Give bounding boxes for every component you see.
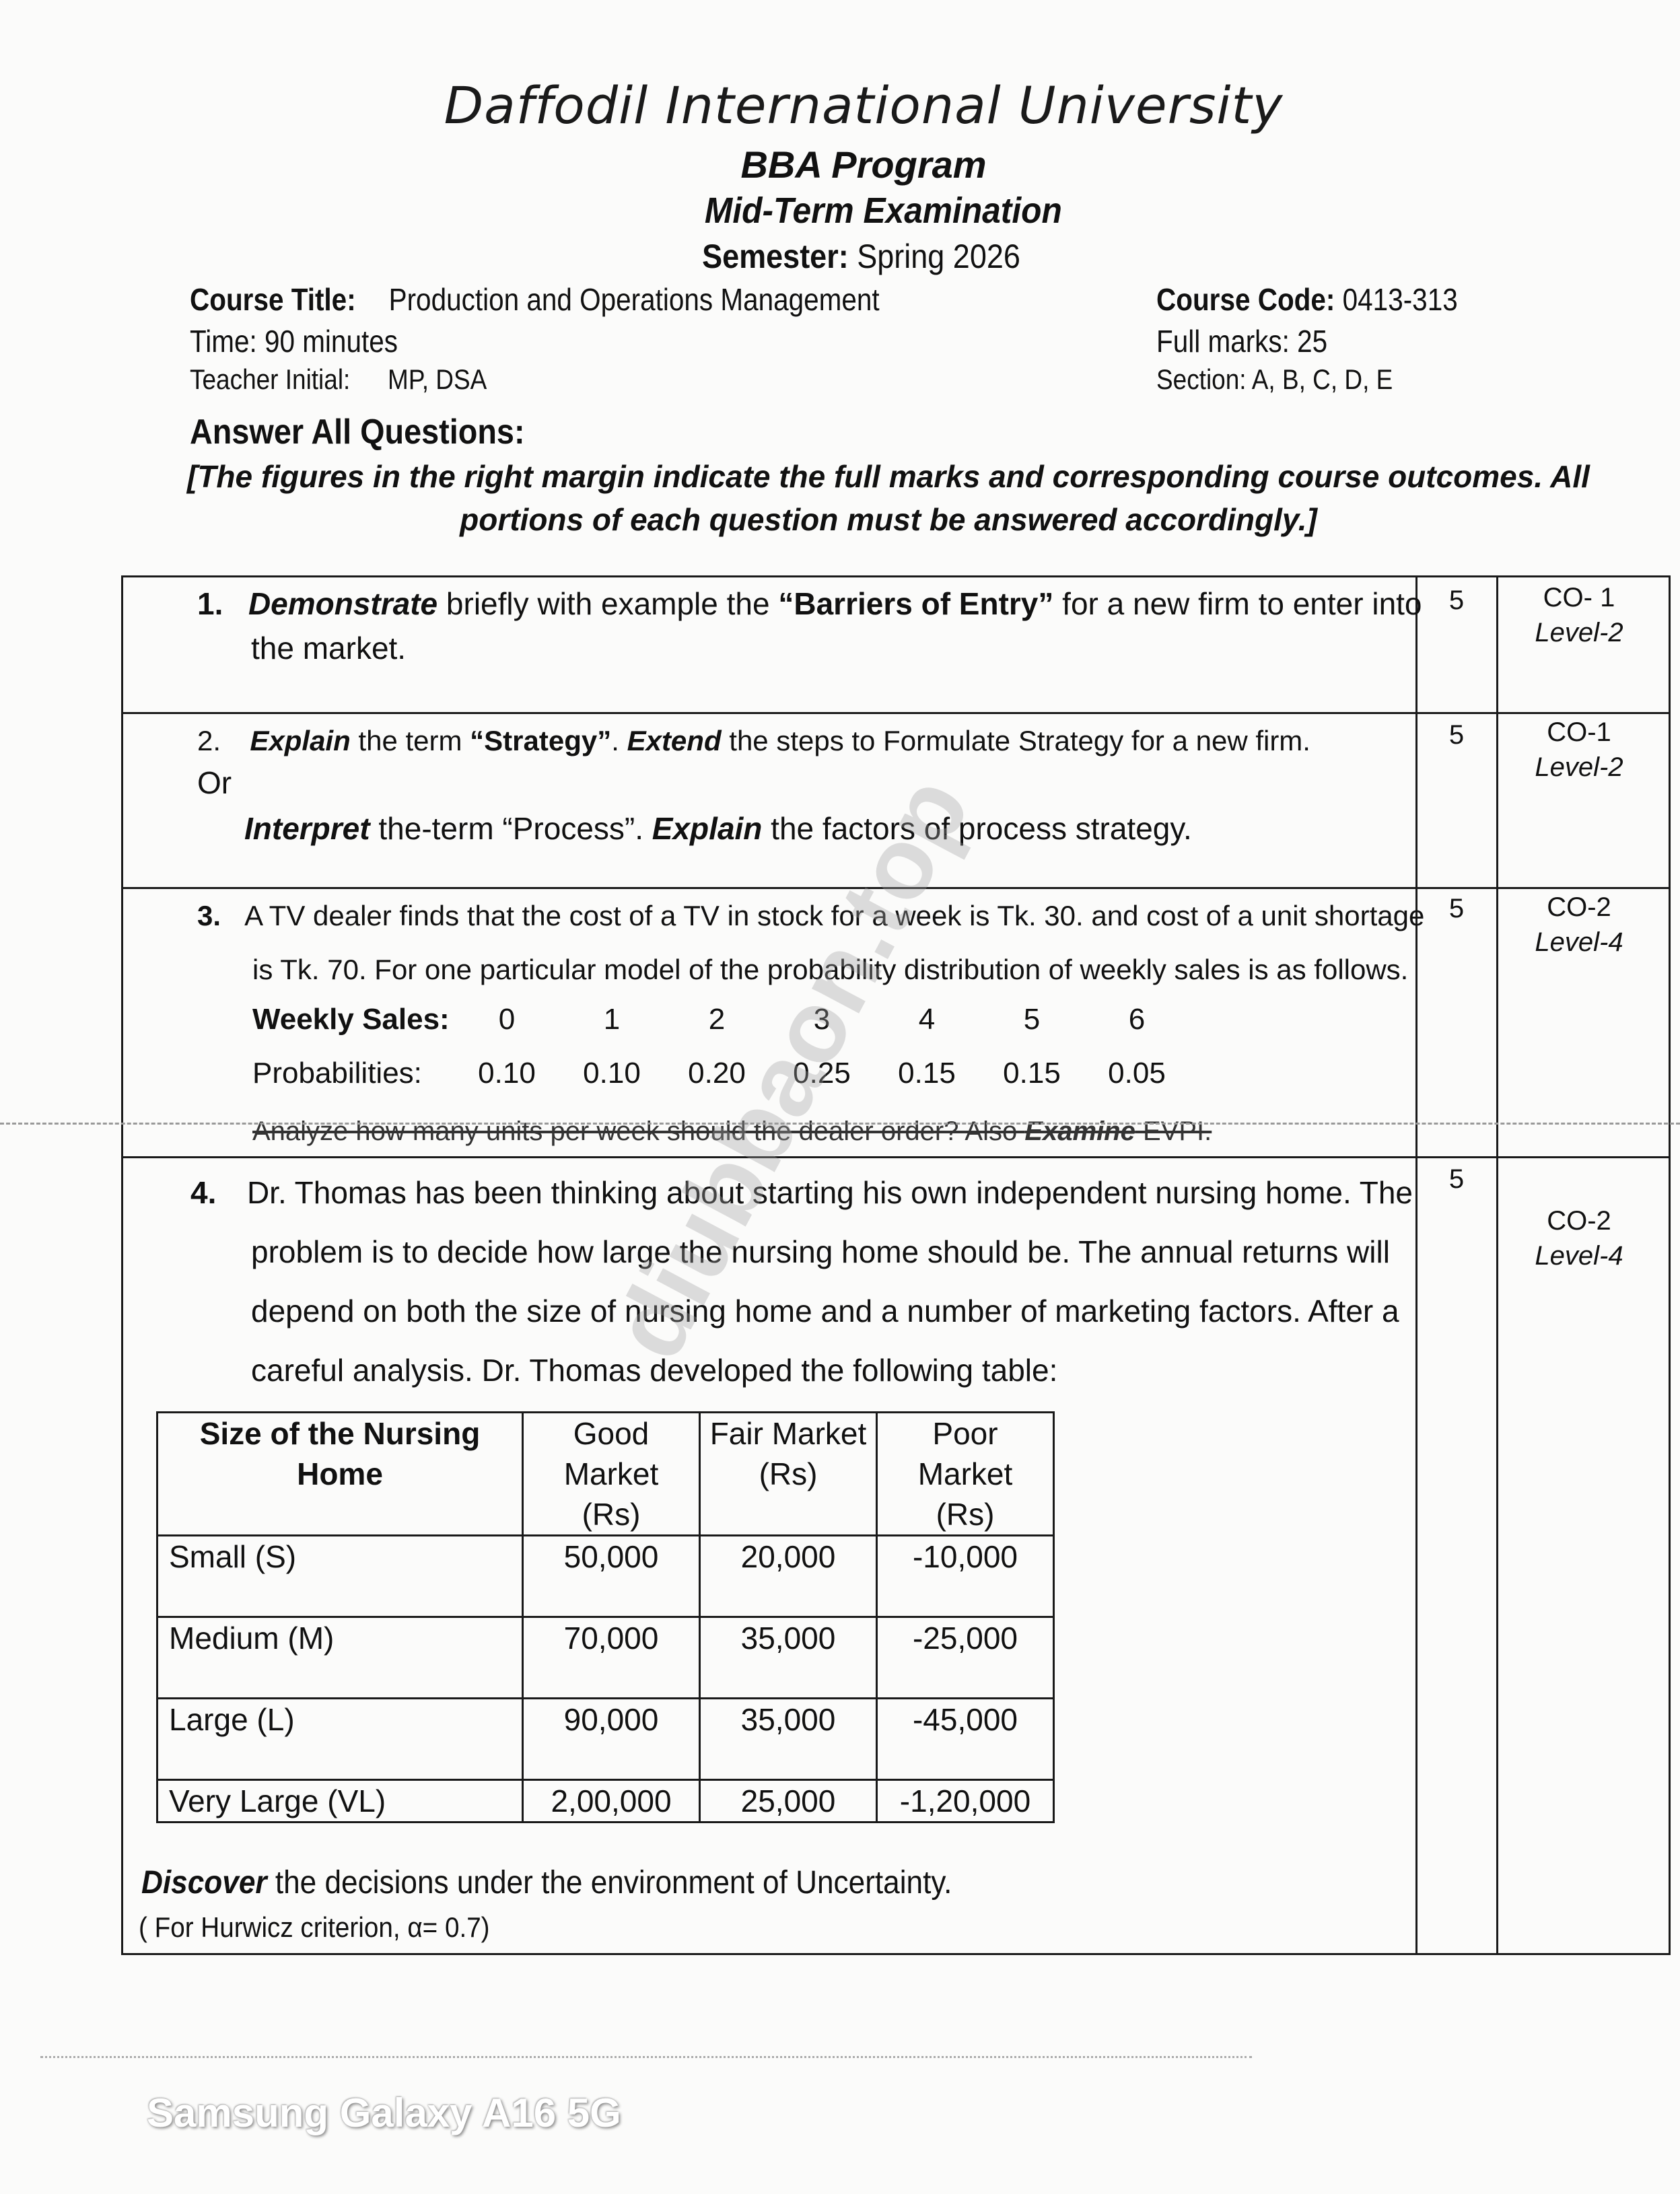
question-number: 1. [197,586,223,621]
course-outcome: CO-2 [1498,890,1660,925]
payoff-value: 70,000 [523,1617,700,1699]
question-number: 3. [197,900,221,931]
semester-value: Spring 2026 [857,238,1020,275]
question-2-marks: 5 [1417,720,1496,750]
question-verb: Explain [250,725,350,756]
size-option: Very Large (VL) [157,1780,523,1823]
header-size: Size of the Nursing Home [157,1413,523,1536]
payoff-row: Medium (M)70,00035,000-25,000 [157,1617,1054,1699]
question-verb: Demonstrate [248,586,438,621]
question-4-line-2: problem is to decide how large the nursi… [251,1222,1390,1281]
question-1: 1. Demonstrate briefly with example the … [197,581,1422,626]
question-verb: Interpret [244,811,370,846]
course-outcome: CO-2 [1498,1203,1660,1238]
question-3-outcome: CO-2 Level-4 [1498,890,1660,960]
question-number: 2. [197,725,221,756]
question-4-ask: Discover the decisions under the environ… [141,1864,952,1901]
full-marks: Full marks: 25 [1156,323,1327,359]
payoff-value: 20,000 [700,1536,877,1617]
course-outcome: CO-1 [1498,715,1660,750]
question-text: the term [351,725,470,756]
exam-title: Mid-Term Examination [67,190,1613,232]
probability-value: 0.15 [874,1057,979,1090]
question-1-line-2: the market. [251,626,406,670]
question-verb: Explain [652,811,763,846]
payoff-value: -45,000 [877,1699,1054,1780]
header-poor-market: Poor Market (Rs) [877,1413,1054,1536]
question-text: the decisions under the environment of U… [267,1865,952,1901]
question-3-marks: 5 [1417,894,1496,924]
row-divider [123,1156,1669,1158]
question-keyword: “Barriers of Entry” [778,586,1053,621]
question-text: Dr. Thomas has been thinking about start… [247,1175,1413,1210]
question-3: 3. A TV dealer finds that the cost of a … [197,894,1424,938]
bloom-level: Level-4 [1498,925,1660,960]
question-verb: Extend [627,725,722,756]
question-1-marks: 5 [1417,586,1496,616]
answer-all-heading: Answer All Questions: [190,412,525,452]
exam-time: Time: 90 minutes [190,323,398,359]
bloom-level: Level-4 [1498,1238,1660,1273]
question-4-line-4: careful analysis. Dr. Thomas developed t… [251,1341,1057,1400]
separator: . [611,725,627,756]
instructions-note: [The figures in the right margin indicat… [121,455,1656,541]
question-verb: Discover [141,1865,267,1901]
question-text: A TV dealer finds that the cost of a TV … [244,900,1424,931]
weekly-sales-value: 2 [664,1003,769,1036]
probabilities-row: Probabilities:0.100.100.200.250.150.150.… [252,1057,1189,1090]
question-number: 4. [190,1175,216,1210]
payoff-value: -25,000 [877,1617,1054,1699]
question-text: the steps to Formulate Strategy for a ne… [722,725,1310,756]
semester-label: Semester: [702,238,849,275]
sections: Section: A, B, C, D, E [1156,363,1393,396]
payoff-value: 90,000 [523,1699,700,1780]
course-title: Course Title: Production and Operations … [190,281,880,318]
probability-value: 0.15 [979,1057,1084,1090]
question-2-alternative: Interpret the-term “Process”. Explain th… [244,806,1192,851]
payoff-value: 35,000 [700,1617,877,1699]
course-code-label: Course Code: [1156,282,1335,317]
question-4-marks: 5 [1417,1164,1496,1195]
course-code: Course Code: 0413-313 [1156,281,1458,318]
question-text: EVPI. [1135,1117,1212,1146]
payoff-value: 25,000 [700,1780,877,1823]
weekly-sales-value: 3 [769,1003,874,1036]
weekly-sales-value: 1 [559,1003,664,1036]
row-divider [123,887,1669,889]
probability-value: 0.25 [769,1057,874,1090]
hurwicz-note: ( For Hurwicz criterion, α= 0.7) [139,1911,490,1944]
course-outcome: CO- 1 [1498,580,1660,615]
question-3-line-2: is Tk. 70. For one particular model of t… [252,948,1408,992]
probability-value: 0.10 [559,1057,664,1090]
payoff-value: 2,00,000 [523,1780,700,1823]
scan-line [0,1123,1680,1125]
question-verb: Examine [1024,1117,1135,1146]
course-title-label: Course Title: [190,282,356,317]
payoff-value: -1,20,000 [877,1780,1054,1823]
teacher-label: Teacher Initial: [190,363,350,395]
question-text: the-term [370,811,503,846]
question-text: the factors of process strategy. [762,811,1191,846]
question-keyword: “Strategy” [470,725,611,756]
probability-value: 0.10 [454,1057,559,1090]
payoff-value: -10,000 [877,1536,1054,1617]
device-watermark: Samsung Galaxy A16 5G [147,2090,621,2136]
payoff-row: Large (L)90,00035,000-45,000 [157,1699,1054,1780]
payoff-header-row: Size of the Nursing Home Good Market (Rs… [157,1413,1054,1536]
university-name: Daffodil International University [0,75,1680,135]
question-text: for a new firm to enter into [1053,586,1422,621]
header-good-market: Good Market (Rs) [523,1413,700,1536]
payoff-row: Very Large (VL)2,00,00025,000-1,20,000 [157,1780,1054,1823]
size-option: Large (L) [157,1699,523,1780]
size-option: Medium (M) [157,1617,523,1699]
weekly-sales-value: 0 [454,1003,559,1036]
program-title: BBA Program [0,143,1680,186]
teacher-value: MP, DSA [388,363,487,395]
size-option: Small (S) [157,1536,523,1617]
weekly-sales-value: 4 [874,1003,979,1036]
course-code-value: 0413-313 [1343,282,1458,317]
bloom-level: Level-2 [1498,615,1660,650]
probabilities-label: Probabilities: [252,1057,454,1090]
question-4: 4. Dr. Thomas has been thinking about st… [190,1163,1413,1222]
question-2: 2. Explain the term “Strategy”. Extend t… [197,719,1310,763]
payoff-value: 50,000 [523,1536,700,1617]
weekly-sales-value: 6 [1084,1003,1189,1036]
payoff-table: Size of the Nursing Home Good Market (Rs… [156,1411,1055,1823]
weekly-sales-label: Weekly Sales: [252,1003,454,1036]
course-title-value: Production and Operations Management [389,282,880,317]
question-text: briefly with example the [438,586,778,621]
header-fair-market: Fair Market (Rs) [700,1413,877,1536]
weekly-sales-row: Weekly Sales:0123456 [252,1003,1189,1036]
scan-line [40,2056,1252,2058]
row-divider [123,712,1669,714]
question-4-line-3: depend on both the size of nursing home … [251,1281,1399,1341]
probability-value: 0.20 [664,1057,769,1090]
question-2-or: Or [197,760,232,805]
column-divider-marks [1415,577,1417,1953]
semester: Semester: Spring 2026 [84,237,1596,276]
probability-value: 0.05 [1084,1057,1189,1090]
payoff-row: Small (S)50,00020,000-10,000 [157,1536,1054,1617]
teacher-initial: Teacher Initial: MP, DSA [190,363,487,396]
question-2-outcome: CO-1 Level-2 [1498,715,1660,785]
separator: . [635,811,652,846]
question-text: Analyze how many units per week should t… [252,1117,1024,1146]
bloom-level: Level-2 [1498,750,1660,785]
question-4-outcome: CO-2 Level-4 [1498,1203,1660,1273]
payoff-value: 35,000 [700,1699,877,1780]
weekly-sales-value: 5 [979,1003,1084,1036]
question-1-outcome: CO- 1 Level-2 [1498,580,1660,650]
question-keyword: “Process” [502,811,635,846]
question-3-ask: Analyze how many units per week should t… [252,1109,1212,1154]
